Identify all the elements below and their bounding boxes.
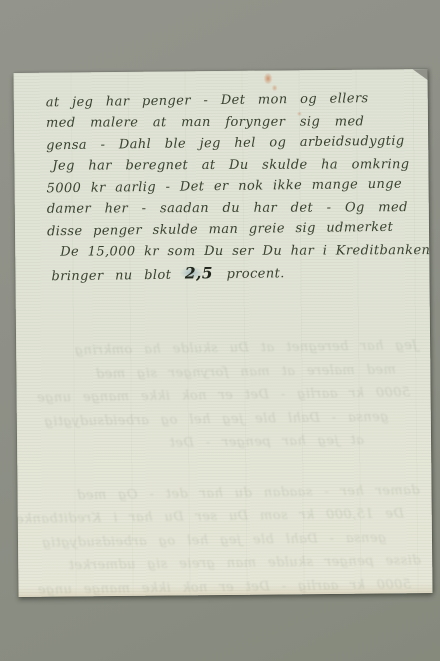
- handwritten-text-block: at jeg har penger - Det mon og ellers me…: [46, 88, 424, 287]
- last-line-suffix: procent.: [215, 266, 285, 282]
- photograph-background: at jeg har penger - Det mon og ellers me…: [0, 0, 440, 661]
- rust-stain: [264, 73, 273, 85]
- emphasized-number: 2,5: [183, 263, 215, 282]
- show-through-text: Jeg har beregnet at Du skulde ha omkring…: [41, 334, 421, 597]
- last-line-prefix: bringer nu blot: [51, 268, 183, 285]
- handwritten-line-last: bringer nu blot 2,5 procent.: [47, 259, 423, 287]
- handwritten-line: 5000 kr aarlig - Det er nok ikke mange u…: [46, 173, 422, 199]
- handwritten-line: gensa - Dahl ble jeg hel og arbeidsudygt…: [46, 130, 422, 156]
- show-through-line: med malere at man forynger sig med: [45, 596, 421, 597]
- letter-page: at jeg har penger - Det mon og ellers me…: [13, 69, 432, 597]
- clipped-corner: [412, 69, 427, 80]
- handwritten-line: at jeg har penger - Det mon og ellers: [46, 87, 422, 113]
- handwritten-line: disse penger skulde man greie sig udmerk…: [47, 216, 423, 242]
